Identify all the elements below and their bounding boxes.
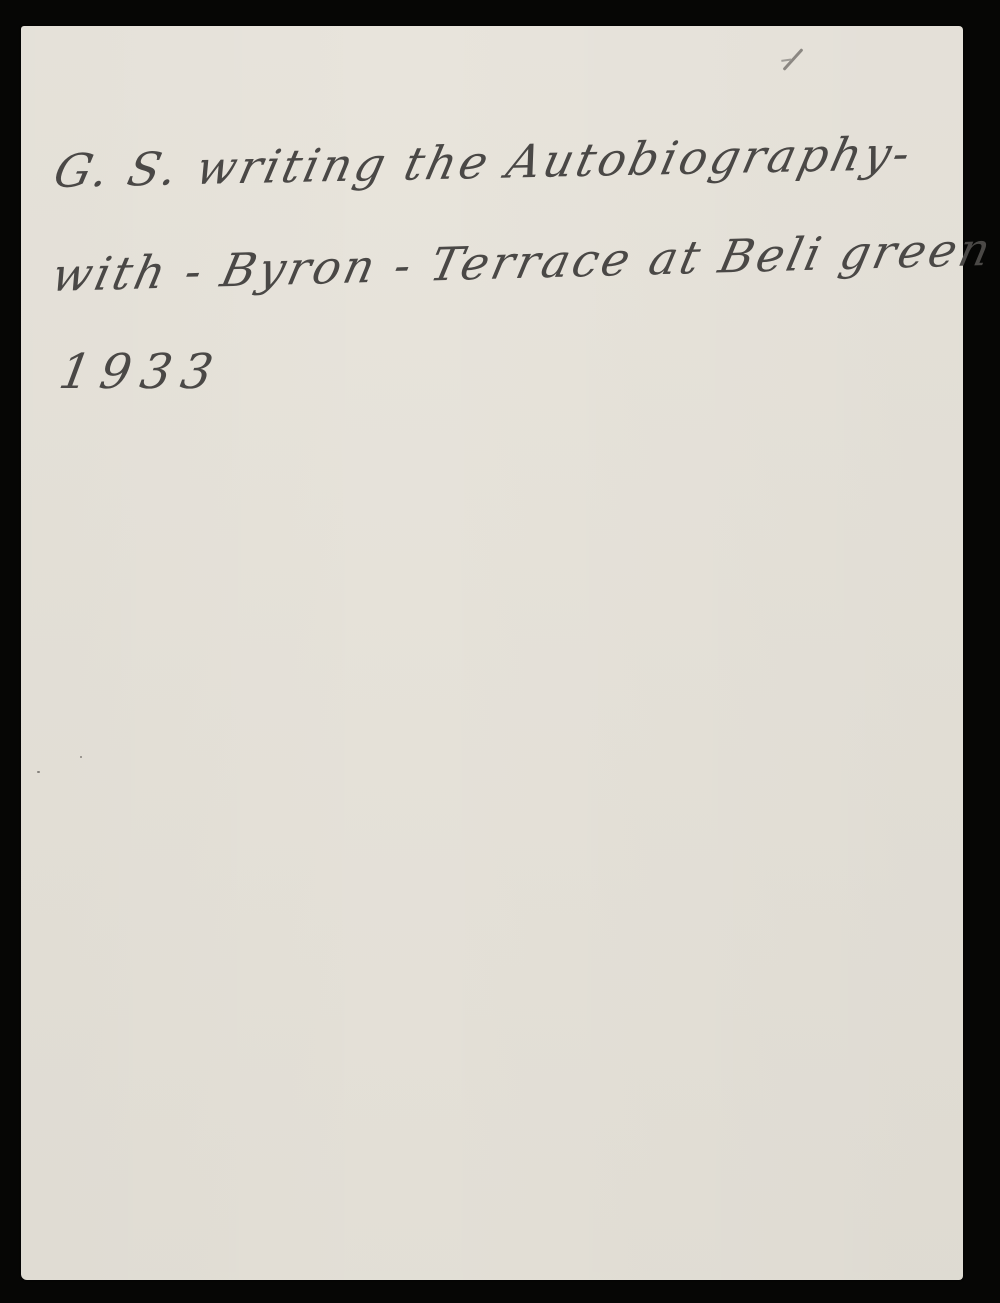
inscription-year: 1933 xyxy=(55,344,227,400)
inscription-line-2: with - Byron - Terrace at Beli green xyxy=(47,222,998,302)
photo-card-verso: G. S. writing the Autobiography- with - … xyxy=(21,26,963,1280)
paper-speck xyxy=(37,771,40,773)
paper-speck xyxy=(80,756,82,758)
pencil-mark-icon xyxy=(783,48,804,71)
inscription-line-1: G. S. writing the Autobiography- xyxy=(49,126,918,198)
